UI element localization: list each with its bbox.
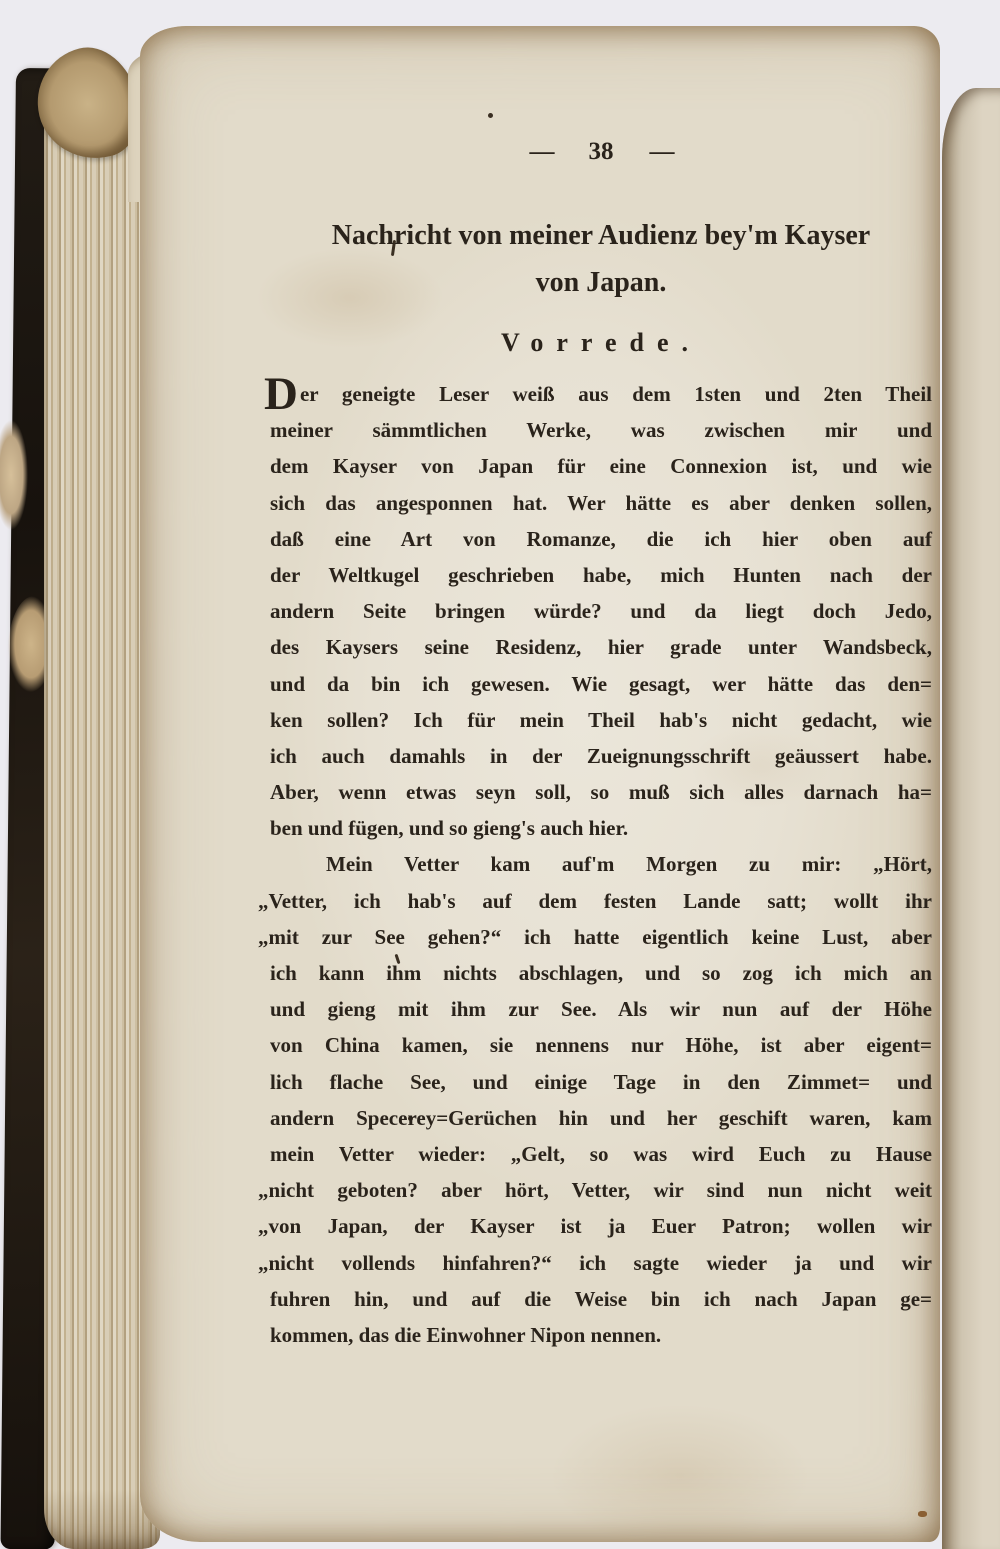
text-line: ben und fügen, und so gieng's auch hier. [270,810,932,846]
text-line: Der geneigte Leser weiß aus dem 1sten un… [270,376,932,412]
text-line: Aber, wenn etwas seyn soll, so muß sich … [270,774,932,810]
text-line: „Vetter, ich hab's auf dem festen Lande … [258,883,932,919]
text-line: „mit zur See gehen?“ ich hatte eigentlic… [258,919,932,955]
text-line: mein Vetter wieder: „Gelt, so was wird E… [270,1136,932,1172]
paper-speck [918,1511,927,1517]
text-line: und da bin ich gewesen. Wie gesagt, wer … [270,666,932,702]
text-line: „von Japan, der Kayser ist ja Euer Patro… [258,1208,932,1244]
text-line-content: er geneigte Leser weiß aus dem 1sten und… [300,382,932,406]
text-line: sich das angesponnen hat. Wer hätte es a… [270,485,932,521]
text-line: fuhren hin, und auf die Weise bin ich na… [270,1281,932,1317]
text-line: von China kamen, sie nennens nur Höhe, i… [270,1027,932,1063]
header-rule-right: — [650,138,673,166]
text-line: daß eine Art von Romanze, die ich hier o… [270,521,932,557]
header-rule-left: — [530,138,553,166]
text-line: ich auch damahls in der Zueignungsschrif… [270,738,932,774]
chapter-title-line1: Nachricht von meiner Audienz bey'm Kayse… [270,212,932,259]
body-text: Der geneigte Leser weiß aus dem 1sten un… [270,376,932,1353]
paper-speck [488,113,493,118]
chapter-title: Nachricht von meiner Audienz bey'm Kayse… [270,212,932,306]
text-line: ken sollen? Ich für mein Theil hab's nic… [270,702,932,738]
text-line: meiner sämmtlichen Werke, was zwischen m… [270,412,932,448]
text-line: der Weltkugel geschrieben habe, mich Hun… [270,557,932,593]
text-line: andern Seite bringen würde? und da liegt… [270,593,932,629]
section-heading: Vorrede. [270,328,932,358]
page-number: 38 [589,138,614,166]
text-line: ich kann ihm nichts abschlagen, und so z… [270,955,932,991]
page-header: — 38 — [270,138,932,166]
text-line: kommen, das die Einwohner Nipon nennen. [270,1317,932,1353]
text-line: andern Specerey=Gerüchen hin und her ges… [270,1100,932,1136]
chapter-title-line2: von Japan. [270,259,932,306]
text-line: „nicht geboten? aber hört, Vetter, wir s… [258,1172,932,1208]
text-line: Mein Vetter kam auf'm Morgen zu mir: „Hö… [270,846,932,882]
text-line: lich flache See, und einige Tage in den … [270,1064,932,1100]
text-line: des Kaysers seine Residenz, hier grade u… [270,629,932,665]
text-line: „nicht vollends hinfahren?“ ich sagte wi… [258,1245,932,1281]
next-page-edge [942,88,1000,1549]
text-line: dem Kayser von Japan für eine Connexion … [270,448,932,484]
printed-text-block: — 38 — Nachricht von meiner Audienz bey'… [270,138,932,1353]
text-line: und gieng mit ihm zur See. Als wir nun a… [270,991,932,1027]
